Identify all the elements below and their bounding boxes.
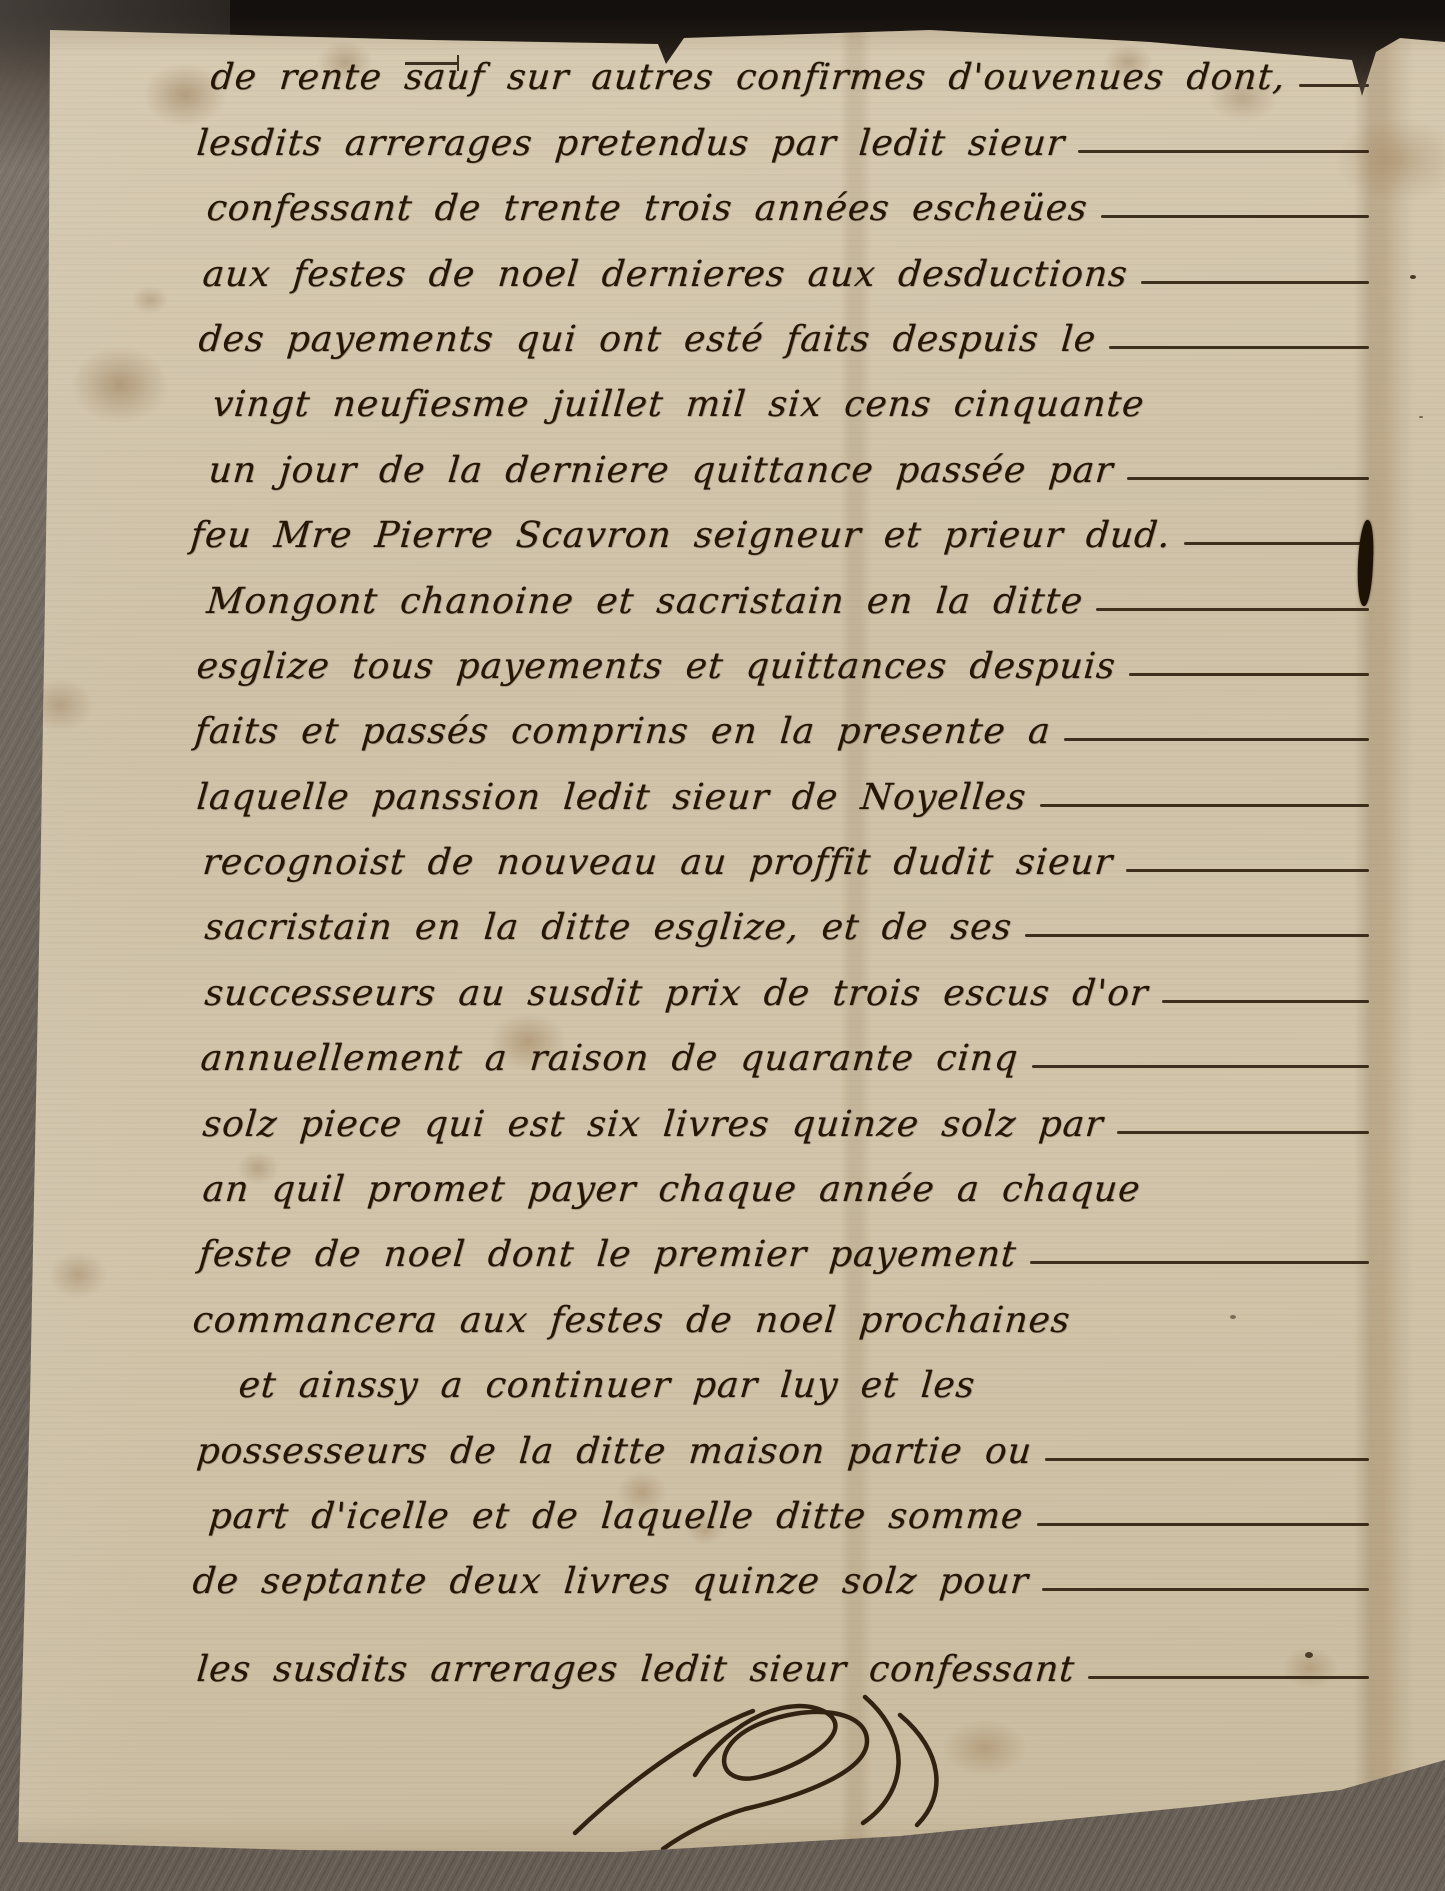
manuscript-line-text: confessant de trente trois années escheü… xyxy=(204,191,1089,240)
manuscript-line-text: de septante deux livres quinze solz pour xyxy=(190,1564,1030,1613)
manuscript-line-text: feu Mre Pierre Scavron seigneur et prieu… xyxy=(188,518,1172,567)
manuscript-lines: de rente sauf sur autres confirmes d'ouv… xyxy=(178,44,1371,1701)
manuscript-line-text: esglize tous payements et quittances des… xyxy=(194,649,1117,698)
manuscript-line: annuellement a raison de quarante cinq xyxy=(178,1025,1371,1090)
manuscript-line-text: un jour de la derniere quittance passée … xyxy=(206,453,1115,502)
manuscript-line-text: Mongont chanoine et sacristain en la dit… xyxy=(204,584,1085,633)
manuscript-line-text: part d'icelle et de laquelle ditte somme xyxy=(206,1499,1025,1548)
ink-speck xyxy=(1410,275,1416,279)
line-end-rule xyxy=(1117,1131,1369,1134)
manuscript-page: de rente sauf sur autres confirmes d'ouv… xyxy=(0,0,1445,1891)
manuscript-line: confessant de trente trois années escheü… xyxy=(178,175,1371,240)
line-end-rule xyxy=(1032,1065,1369,1068)
manuscript-line: solz piece qui est six livres quinze sol… xyxy=(178,1090,1371,1155)
manuscript-line: lesdits arrerages pretendus par ledit si… xyxy=(178,109,1371,174)
manuscript-line: laquelle panssion ledit sieur de Noyelle… xyxy=(178,763,1371,828)
manuscript-line: faits et passés comprins en la presente … xyxy=(178,698,1371,763)
manuscript-line: et ainssy a continuer par luy et les xyxy=(178,1352,1371,1417)
manuscript-line: successeurs au susdit prix de trois escu… xyxy=(178,959,1371,1024)
manuscript-line-text: et ainssy a continuer par luy et les xyxy=(236,1368,977,1417)
manuscript-line-text: laquelle panssion ledit sieur de Noyelle… xyxy=(194,780,1028,829)
manuscript-line-text: lesdits arrerages pretendus par ledit si… xyxy=(194,126,1066,175)
manuscript-line-text: aux festes de noel dernieres aux desduct… xyxy=(200,257,1129,306)
photo-scene: de rente sauf sur autres confirmes d'ouv… xyxy=(0,0,1445,1891)
manuscript-line: feu Mre Pierre Scavron seigneur et prieu… xyxy=(178,502,1371,567)
manuscript-line-text: commancera aux festes de noel prochaines xyxy=(190,1303,1072,1352)
manuscript-line: vingt neufiesme juillet mil six cens cin… xyxy=(178,371,1371,436)
manuscript-line: recognoist de nouveau au proffit dudit s… xyxy=(178,829,1371,894)
manuscript-line: sacristain en la ditte esglize, et de se… xyxy=(178,894,1371,959)
manuscript-line: part d'icelle et de laquelle ditte somme xyxy=(178,1483,1371,1548)
manuscript-line: esglize tous payements et quittances des… xyxy=(178,633,1371,698)
manuscript-line: de rente sauf sur autres confirmes d'ouv… xyxy=(178,44,1371,109)
line-end-rule xyxy=(1162,1000,1369,1003)
line-end-rule xyxy=(1126,869,1369,872)
manuscript-line: de septante deux livres quinze solz pour xyxy=(178,1548,1371,1613)
line-end-rule xyxy=(1088,1676,1369,1679)
line-end-rule xyxy=(1101,215,1369,218)
line-end-rule xyxy=(1129,673,1369,676)
line-end-rule xyxy=(1109,346,1369,349)
manuscript-line: commancera aux festes de noel prochaines xyxy=(178,1286,1371,1351)
manuscript-line: an quil promet payer chaque année a chaq… xyxy=(178,1156,1371,1221)
line-end-rule xyxy=(1127,477,1369,480)
line-end-rule xyxy=(1045,1458,1369,1461)
line-end-rule xyxy=(1025,934,1369,937)
line-end-rule xyxy=(1040,804,1369,807)
manuscript-line: feste de noel dont le premier payement xyxy=(178,1221,1371,1286)
manuscript-line-text: annuellement a raison de quarante cinq xyxy=(198,1041,1020,1090)
manuscript-line: Mongont chanoine et sacristain en la dit… xyxy=(178,567,1371,632)
insertion-mark xyxy=(405,62,457,65)
manuscript-line-text: solz piece qui est six livres quinze sol… xyxy=(200,1107,1105,1156)
line-end-rule xyxy=(1078,150,1369,153)
line-end-rule xyxy=(1096,608,1369,611)
manuscript-line-text: successeurs au susdit prix de trois escu… xyxy=(202,976,1150,1025)
line-end-rule xyxy=(1141,281,1369,284)
manuscript-line: un jour de la derniere quittance passée … xyxy=(178,436,1371,501)
line-end-rule xyxy=(1037,1523,1369,1526)
manuscript-line: possesseurs de la ditte maison partie ou xyxy=(178,1417,1371,1482)
line-end-rule xyxy=(1042,1588,1369,1591)
manuscript-line-text: vingt neufiesme juillet mil six cens cin… xyxy=(210,387,1146,436)
manuscript-line-text: sacristain en la ditte esglize, et de se… xyxy=(202,910,1014,959)
manuscript-line-text: feste de noel dont le premier payement xyxy=(196,1237,1018,1286)
manuscript-line-text: de rente sauf sur autres confirmes d'ouv… xyxy=(208,60,1287,109)
line-end-rule xyxy=(1184,542,1369,545)
line-end-rule xyxy=(1299,84,1369,87)
manuscript-line-text: possesseurs de la ditte maison partie ou xyxy=(194,1434,1033,1483)
manuscript-line-text: des payements qui ont esté faits despuis… xyxy=(196,322,1098,371)
manuscript-line-text: faits et passés comprins en la presente … xyxy=(192,714,1052,763)
line-end-rule xyxy=(1064,738,1369,741)
manuscript-line: des payements qui ont esté faits despuis… xyxy=(178,306,1371,371)
line-end-rule xyxy=(1030,1261,1369,1264)
signature-paraph xyxy=(545,1655,975,1865)
manuscript-line-text: recognoist de nouveau au proffit dudit s… xyxy=(200,845,1114,894)
manuscript-line: aux festes de noel dernieres aux desduct… xyxy=(178,240,1371,305)
manuscript-line-text: an quil promet payer chaque année a chaq… xyxy=(200,1172,1142,1221)
